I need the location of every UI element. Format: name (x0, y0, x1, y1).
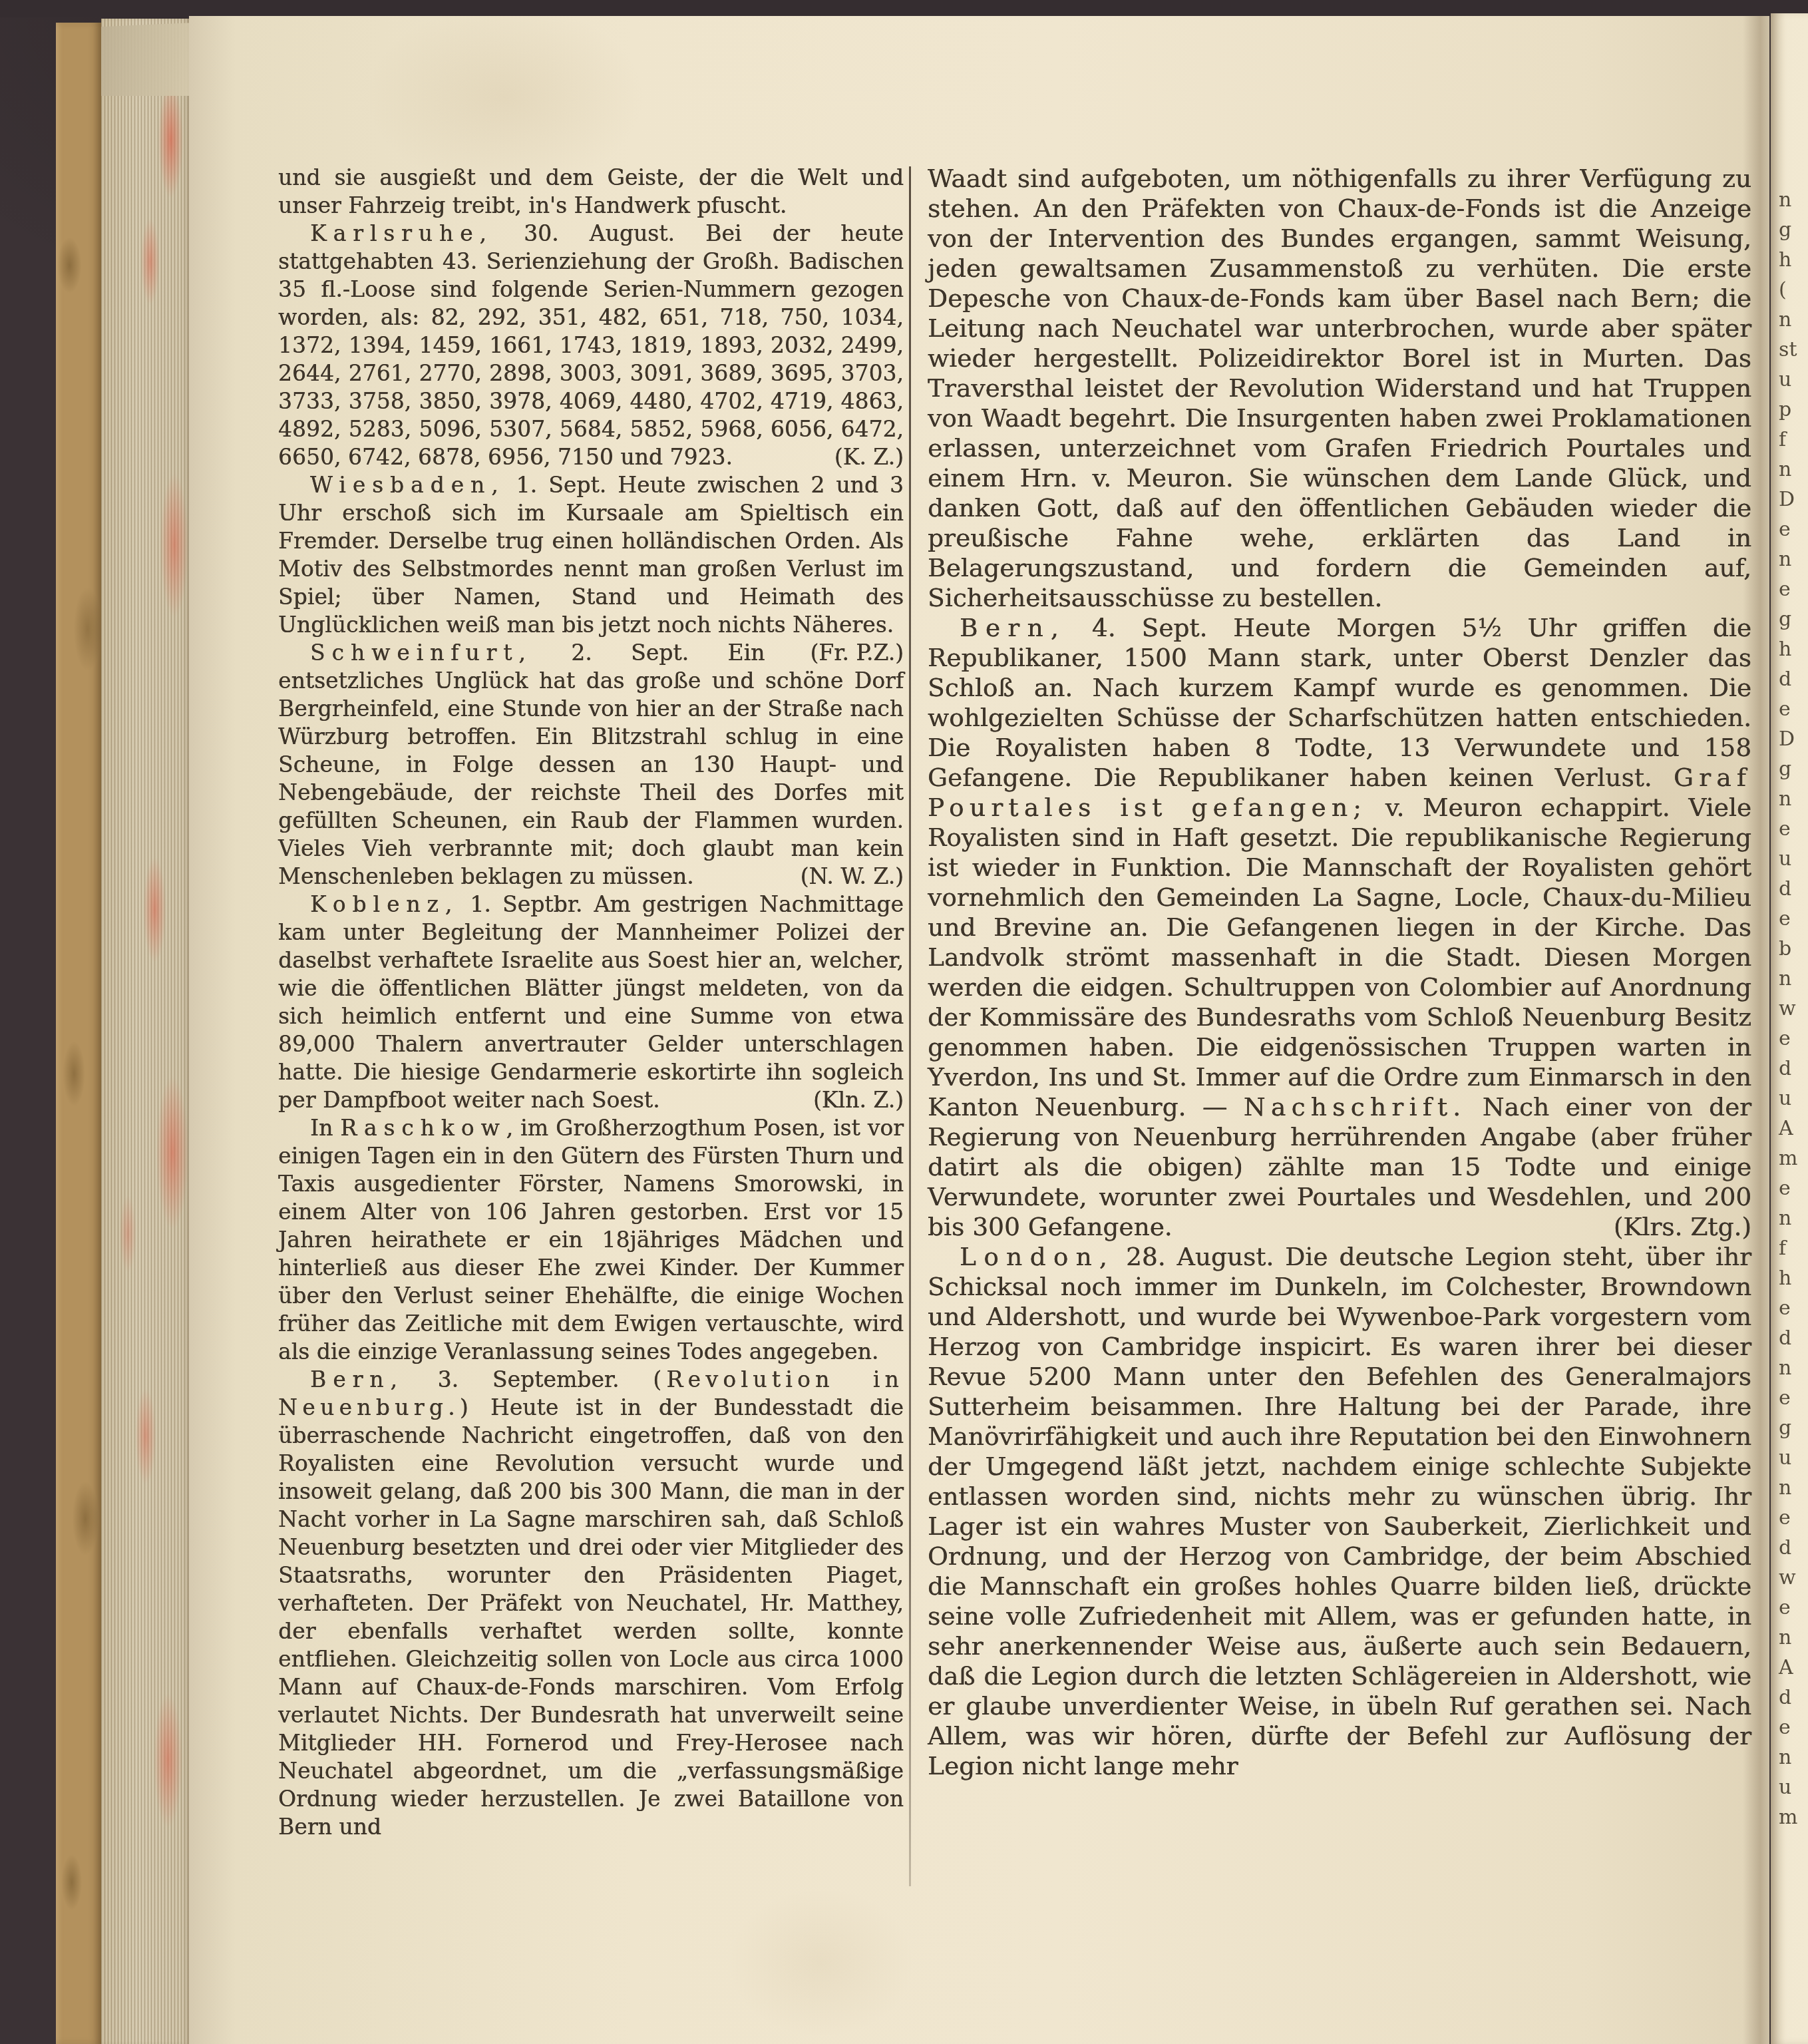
fragment: d (1779, 1533, 1807, 1563)
fragment: D (1779, 485, 1807, 514)
text-run: In (310, 1115, 340, 1141)
fragment: n (1779, 1473, 1807, 1503)
fragment: ( (1779, 275, 1807, 305)
scan-background-top (0, 0, 1808, 17)
fragment: w (1779, 994, 1807, 1024)
fragment: e (1779, 1383, 1807, 1413)
fragment: w (1779, 1563, 1807, 1593)
text-run: 28. August. Die deutsche Legion steht, ü… (928, 1242, 1751, 1780)
column-divider-rule (909, 166, 911, 1886)
fragment: e (1779, 1593, 1807, 1623)
dateline: London, (960, 1242, 1115, 1271)
paragraph: Karlsruhe, 30. August. Bei der heute sta… (278, 220, 904, 471)
fragment: n (1779, 455, 1807, 485)
text-run: Waadt sind aufgeboten, um nöthigenfalls … (928, 164, 1751, 612)
fragment: n (1779, 1353, 1807, 1383)
fragment: A (1779, 1114, 1807, 1143)
dateline: Schweinfurt, (310, 640, 532, 666)
fragment: e (1779, 1293, 1807, 1323)
scanned-newspaper-page: ngh(nstupfnDeneghdeDgneudebnweduAmenfhed… (0, 0, 1808, 2044)
fragment: st (1779, 335, 1807, 365)
paragraph: Koblenz, 1. Septbr. Am gestrigen Nachmit… (278, 891, 904, 1114)
fragment: e (1779, 1503, 1807, 1533)
fragment: g (1779, 754, 1807, 784)
fragment: n (1779, 1623, 1807, 1653)
fragment: e (1779, 574, 1807, 604)
source-citation: (Fr. P.Z.) (765, 639, 904, 667)
fragment: e (1779, 904, 1807, 934)
fragment: n (1779, 185, 1807, 215)
fragment: n (1779, 964, 1807, 994)
fragment: h (1779, 634, 1807, 664)
paragraph: Schweinfurt, 2. Sept. Ein entsetzliches … (278, 639, 904, 891)
text-run: 2. Sept. Ein entsetzliches Unglück hat d… (278, 640, 904, 889)
fragment: d (1779, 1683, 1807, 1713)
dateline: Karlsruhe, (310, 220, 493, 246)
text-run: 3. September. (404, 1366, 653, 1392)
fragment: e (1779, 694, 1807, 724)
text-column-left: und sie ausgießt und dem Geiste, der die… (278, 164, 904, 1841)
fragment: d (1779, 874, 1807, 904)
text-run: v. Meuron echappirt. Viele Royalisten si… (928, 793, 1751, 1122)
fragment: u (1779, 365, 1807, 395)
paragraph: und sie ausgießt und dem Geiste, der die… (278, 164, 904, 220)
fragment: n (1779, 544, 1807, 574)
text-run: 30. August. Bei der heute stattgehabten … (278, 220, 904, 470)
paragraph: Wiesbaden, 1. Sept. Heute zwischen 2 und… (278, 471, 904, 639)
fragment: u (1779, 1443, 1807, 1473)
source-citation: (Klrs. Ztg.) (1568, 1212, 1751, 1242)
source-citation: (Kln. Z.) (768, 1086, 904, 1114)
fragment: n (1779, 305, 1807, 335)
dateline: Raschkow (340, 1115, 506, 1141)
fragment: m (1779, 1143, 1807, 1173)
fragment: f (1779, 425, 1807, 455)
emphasized-run: Nachschrift. (1244, 1092, 1467, 1122)
dateline: Koblenz, (310, 891, 458, 917)
fragment: d (1779, 1054, 1807, 1084)
fragment: D (1779, 724, 1807, 754)
fragment: e (1779, 1713, 1807, 1742)
fragment: e (1779, 814, 1807, 844)
fragment: g (1779, 1413, 1807, 1443)
source-citation: (K. Z.) (789, 443, 904, 471)
fragment: n (1779, 1203, 1807, 1233)
text-run: Heute ist in der Bundesstadt die überras… (278, 1394, 904, 1840)
page-stack-fore-edge (101, 19, 190, 2044)
fragment: f (1779, 1233, 1807, 1263)
dateline: Wiesbaden, (310, 472, 505, 498)
text-column-right: Waadt sind aufgeboten, um nöthigenfalls … (928, 164, 1751, 1781)
fragment: n (1779, 784, 1807, 814)
text-run: , im Großherzogthum Posen, ist vor einig… (278, 1115, 904, 1364)
fragment: d (1779, 1323, 1807, 1353)
fragment: h (1779, 1263, 1807, 1293)
fragment: n (1779, 1742, 1807, 1772)
source-citation: (N. W. Z.) (755, 863, 904, 891)
fragment: e (1779, 1173, 1807, 1203)
fragment: u (1779, 1772, 1807, 1802)
fragment: u (1779, 1084, 1807, 1114)
dateline: Bern, (310, 1366, 404, 1392)
paragraph: London, 28. August. Die deutsche Legion … (928, 1242, 1751, 1781)
fragment: e (1779, 1024, 1807, 1054)
fragment: u (1779, 844, 1807, 874)
fragment: g (1779, 604, 1807, 634)
text-run: und sie ausgießt und dem Geiste, der die… (278, 164, 904, 218)
fragment: d (1779, 664, 1807, 694)
next-page-text-fragments: ngh(nstupfnDeneghdeDgneudebnweduAmenfhed… (1779, 185, 1807, 1832)
fragment: A (1779, 1653, 1807, 1683)
fragment: p (1779, 395, 1807, 425)
fragment: h (1779, 245, 1807, 275)
paragraph: Waadt sind aufgeboten, um nöthigenfalls … (928, 164, 1751, 613)
book-cover-edge (56, 23, 101, 2044)
paragraph: In Raschkow, im Großherzogthum Posen, is… (278, 1114, 904, 1366)
paragraph: Bern, 3. September. (Revolution in Neuen… (278, 1366, 904, 1841)
fragment: m (1779, 1802, 1807, 1832)
fragment: b (1779, 934, 1807, 964)
paragraph: Bern, 4. Sept. Heute Morgen 5½ Uhr griff… (928, 613, 1751, 1242)
text-run: 1. Septbr. Am gestrigen Nachmittage kam … (278, 891, 904, 1113)
fragment: g (1779, 215, 1807, 245)
fragment: e (1779, 514, 1807, 544)
dateline: Bern, (960, 613, 1066, 642)
